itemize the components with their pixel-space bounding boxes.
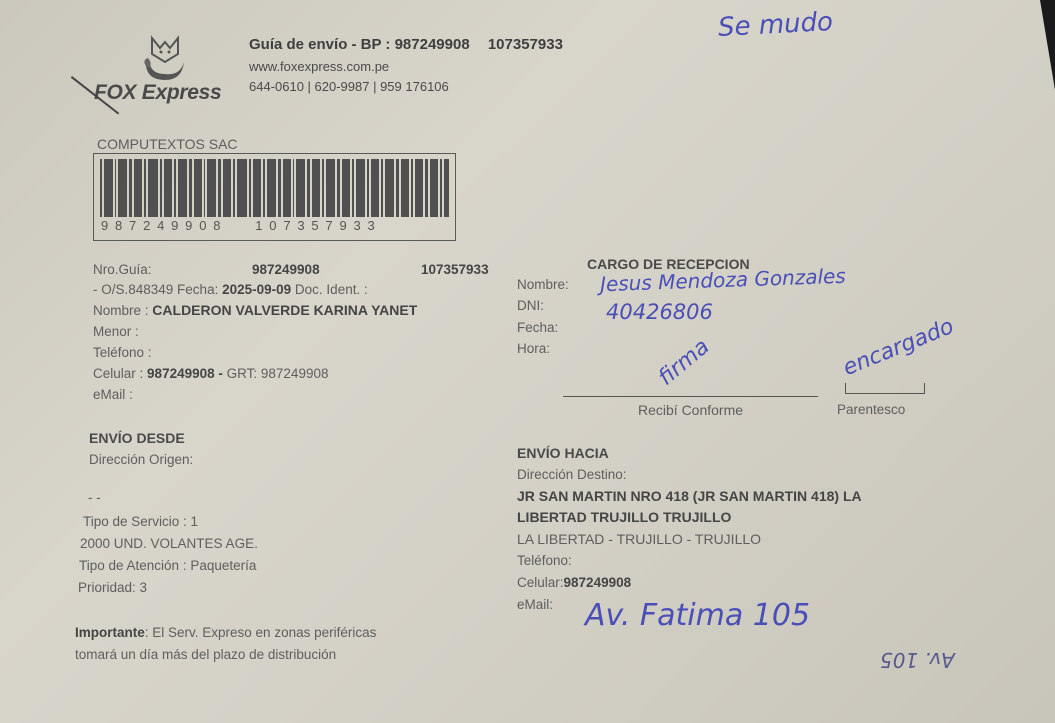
- nombre-row: Nombre : CALDERON VALVERDE KARINA YANET: [93, 302, 417, 318]
- direccion-destino-line1: JR SAN MARTIN NRO 418 (JR SAN MARTIN 418…: [517, 488, 862, 504]
- fox-logo: FOX Express: [72, 32, 237, 112]
- cargo-nombre-label: Nombre:: [517, 277, 569, 292]
- handwritten-dni: 40426806: [606, 300, 713, 324]
- nro-guia-number: 107357933: [421, 262, 489, 277]
- handwritten-note-se-mudo: Se mudo: [717, 7, 833, 43]
- direccion-destino-line2: LIBERTAD TRUJILLO TRUJILLO: [517, 509, 731, 525]
- contenido: 2000 UND. VOLANTES AGE.: [80, 536, 258, 551]
- direccion-origen-label: Dirección Origen:: [89, 452, 193, 467]
- destino-celular-row: Celular:987249908: [517, 575, 631, 590]
- recibi-conforme-label: Recibí Conforme: [638, 402, 743, 418]
- direccion-destino-label: Dirección Destino:: [517, 467, 627, 482]
- envio-hacia-title: ENVÍO HACIA: [517, 445, 609, 461]
- cargo-hora-label: Hora:: [517, 341, 550, 356]
- cargo-dni-label: DNI:: [517, 298, 544, 313]
- destino-telefono-label: Teléfono:: [517, 553, 572, 568]
- os-fecha-row: - O/S.848349 Fecha: 2025-09-09 Doc. Iden…: [93, 282, 368, 297]
- barcode-digits: 987249908107357933: [101, 218, 449, 233]
- phone-numbers: 644-0610 | 620-9987 | 959 176106: [249, 79, 449, 94]
- destino-email-label: eMail:: [517, 597, 553, 612]
- shipping-guide-paper: FOX Express Guía de envío - BP : 9872499…: [0, 0, 1055, 723]
- importante-note-line2: tomará un día más del plazo de distribuc…: [75, 647, 336, 662]
- cargo-fecha-label: Fecha:: [517, 320, 558, 335]
- tipo-servicio: Tipo de Servicio : 1: [83, 514, 198, 529]
- barcode: 987249908107357933: [93, 153, 456, 241]
- menor-label: Menor :: [93, 324, 139, 339]
- ubigeo: LA LIBERTAD - TRUJILLO - TRUJILLO: [517, 531, 761, 547]
- tipo-atencion: Tipo de Atención : Paquetería: [79, 558, 256, 573]
- email-label: eMail :: [93, 387, 133, 402]
- website: www.foxexpress.com.pe: [249, 59, 389, 74]
- guide-title: Guía de envío - BP : 987249908 107357933: [249, 36, 563, 53]
- prioridad: Prioridad: 3: [78, 580, 147, 595]
- handwritten-parentesco: encargado: [840, 314, 958, 381]
- handwritten-signature: firma: [654, 334, 715, 391]
- sender-company: COMPUTEXTOS SAC: [97, 136, 238, 152]
- envio-desde-title: ENVÍO DESDE: [89, 430, 185, 446]
- celular-row: Celular : 987249908 - GRT: 987249908: [93, 366, 328, 381]
- brand-name: FOX Express: [94, 81, 221, 105]
- signature-line: [563, 396, 818, 397]
- importante-note: Importante: El Serv. Expreso en zonas pe…: [75, 625, 376, 640]
- nro-guia-value: 987249908: [252, 262, 320, 277]
- handwritten-upside-down-note: Av. 105: [880, 648, 955, 672]
- handwritten-address: Av. Fatima 105: [585, 598, 810, 633]
- fox-icon: [140, 32, 190, 84]
- direccion-origen-value: - -: [88, 490, 101, 505]
- telefono-label: Teléfono :: [93, 345, 152, 360]
- parentesco-label: Parentesco: [837, 402, 905, 417]
- nro-guia-label: Nro.Guía:: [93, 262, 152, 277]
- parentesco-bracket: [845, 393, 925, 394]
